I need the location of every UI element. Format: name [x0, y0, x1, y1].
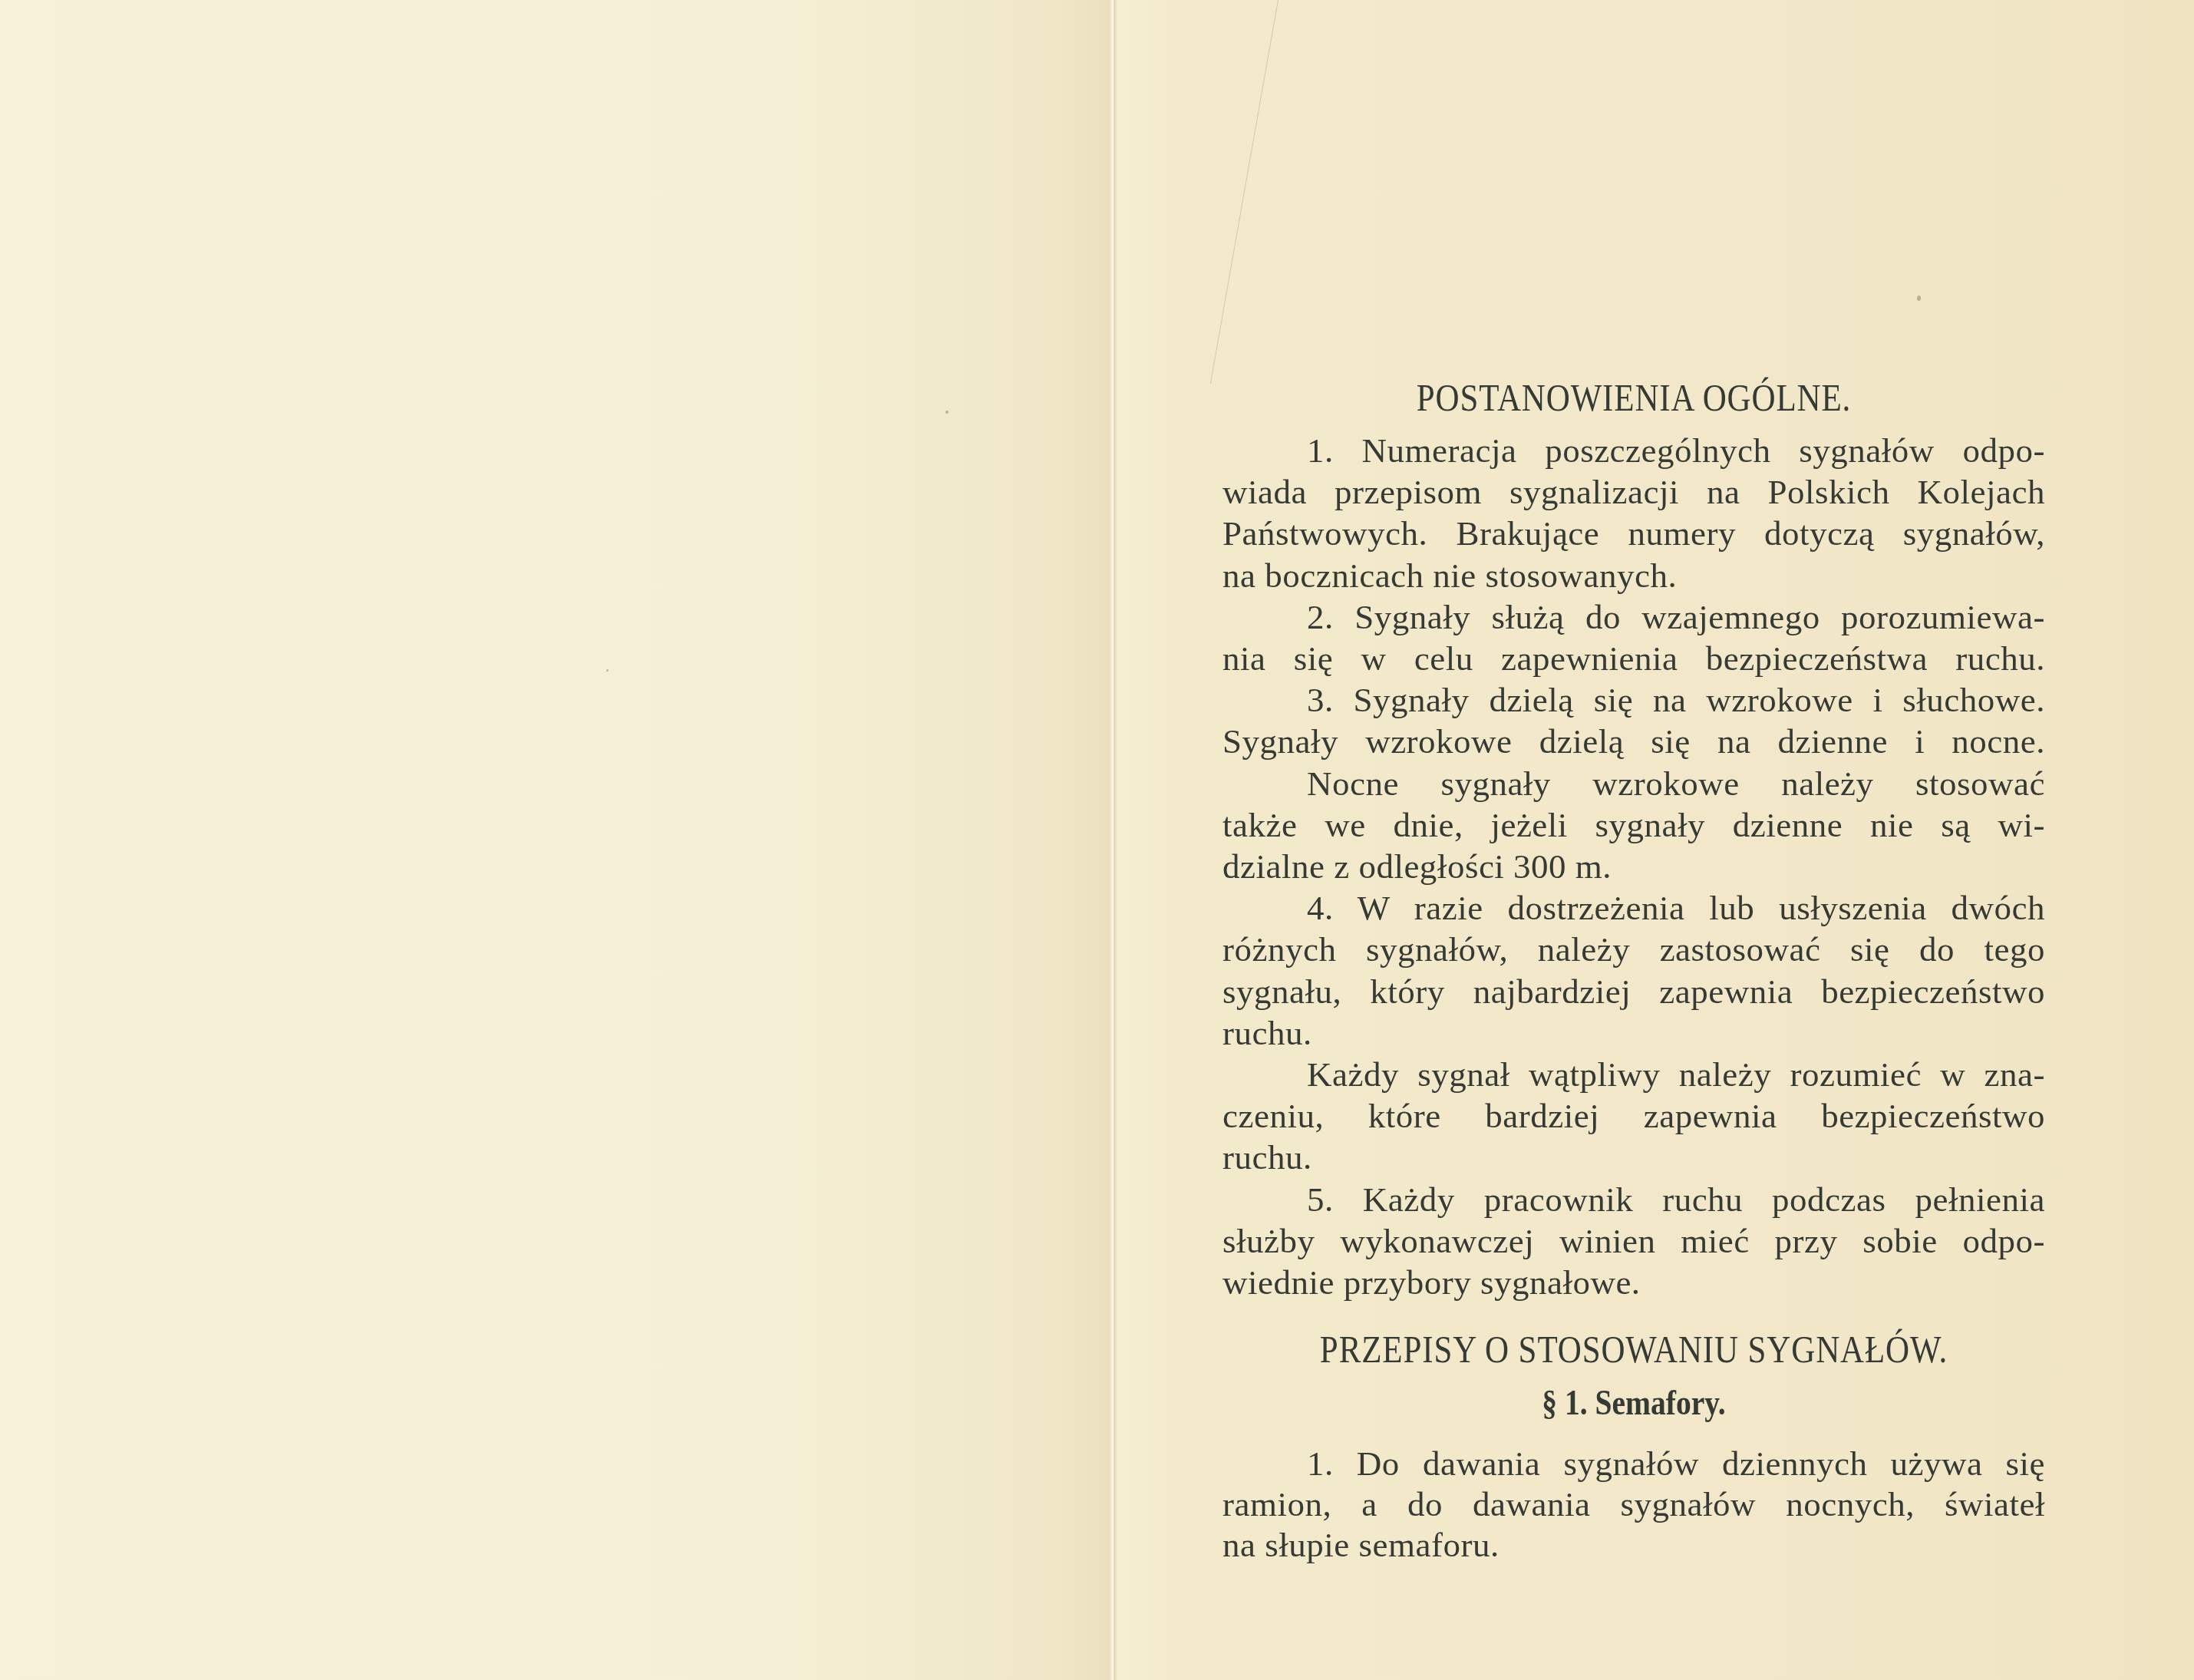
- paper-speck: [606, 669, 609, 672]
- left-page-blank: [0, 0, 1114, 1680]
- text-line: ruchu.: [1222, 1012, 2045, 1054]
- text-line: Państwowych. Brakujące numery dotyczą sy…: [1222, 513, 2045, 554]
- text-line: na słupie semaforu.: [1222, 1524, 2045, 1566]
- text-line: ramion, a do dawania sygnałów nocnych, ś…: [1222, 1484, 2045, 1525]
- section-title-semaphores: § 1. Semafory.: [1280, 1381, 1988, 1424]
- heading-general-provisions: POSTANOWIENIA OGÓLNE.: [1280, 375, 1988, 421]
- text-line: dzialne z odległości 300 m.: [1222, 846, 2045, 887]
- paper-speck: [1917, 295, 1921, 301]
- text-line: 2. Sygnały służą do wzajemnego porozumie…: [1222, 596, 2045, 638]
- text-line: czeniu, które bardziej zapewnia bezpiecz…: [1222, 1095, 2045, 1137]
- text-line: ruchu.: [1222, 1137, 2045, 1178]
- paper-speck: [945, 411, 949, 414]
- text-line: także we dnie, jeżeli sygnały dzienne ni…: [1222, 804, 2045, 846]
- book-spine-fold: [1110, 0, 1117, 1680]
- text-line: 5. Każdy pracownik ruchu podczas pełnien…: [1222, 1179, 2045, 1220]
- text-line: Każdy sygnał wątpliwy należy rozumieć w …: [1222, 1054, 2045, 1095]
- text-line: wiada przepisom sygnalizacji na Polskich…: [1222, 471, 2045, 513]
- heading-signal-rules: PRZEPISY O STOSOWANIU SYGNAŁÓW.: [1280, 1326, 1988, 1372]
- text-line: nia się w celu zapewnienia bezpieczeństw…: [1222, 638, 2045, 679]
- text-line: 3. Sygnały dzielą się na wzrokowe i słuc…: [1222, 679, 2045, 721]
- text-line: służby wykonawczej winien mieć przy sobi…: [1222, 1220, 2045, 1262]
- text-line: 1. Numeracja poszczególnych sygnałów odp…: [1222, 430, 2045, 471]
- text-line: na bocznicach nie stosowanych.: [1222, 555, 2045, 596]
- text-line: Nocne sygnały wzrokowe należy stosować: [1222, 763, 2045, 804]
- text-line: 1. Do dawania sygnałów dziennych używa s…: [1222, 1443, 2045, 1484]
- text-line: Sygnały wzrokowe dzielą się na dzienne i…: [1222, 721, 2045, 762]
- text-line: różnych sygnałów, należy zastosować się …: [1222, 929, 2045, 970]
- text-line: wiednie przybory sygnałowe.: [1222, 1262, 2045, 1303]
- text-line: 4. W razie dostrzeżenia lub usłyszenia d…: [1222, 887, 2045, 929]
- text-line: sygnału, który najbardziej zapewnia bezp…: [1222, 971, 2045, 1012]
